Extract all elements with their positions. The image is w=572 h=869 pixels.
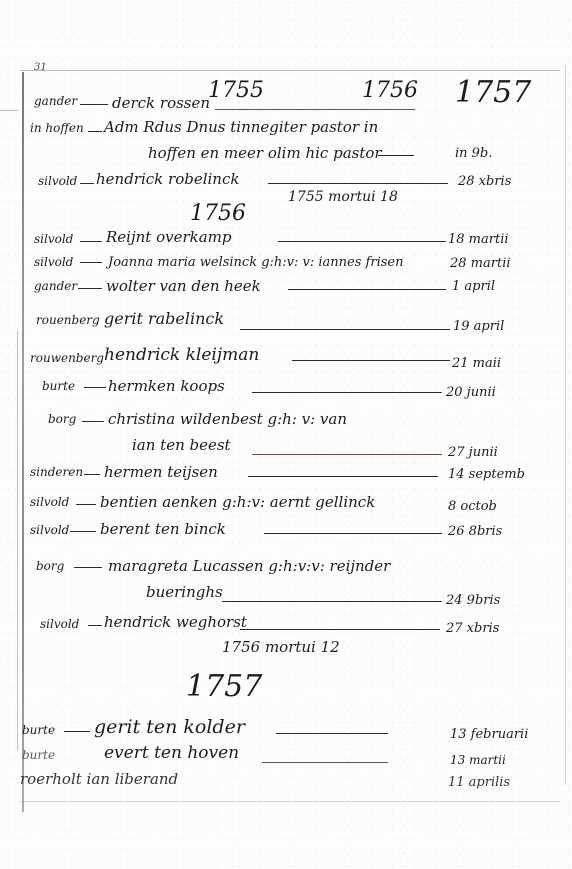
entry-place: burte	[22, 724, 55, 736]
year-heading-1756: 1756	[190, 203, 246, 225]
summary-1755: 1755 mortui 18	[288, 190, 398, 204]
left-margin-rule	[22, 72, 24, 812]
entry-date: 11 aprilis	[448, 776, 510, 789]
year-heading-1757: 1757	[186, 672, 262, 702]
entry-name: gerit ten kolder	[94, 718, 245, 737]
dash	[240, 629, 440, 630]
dash	[64, 731, 90, 732]
entry-place: silvold	[34, 256, 73, 268]
entry-name: Adm Rdus Dnus tinnegiter pastor in	[104, 120, 378, 135]
entry-place: silvold	[34, 233, 73, 245]
entry-place: rouwenberg	[30, 352, 104, 364]
entry-name: hendrick kleijman	[104, 347, 259, 364]
summary-1756: 1756 mortui 12	[222, 640, 340, 655]
entry-date: 13 februarii	[450, 728, 528, 741]
entry-place: borg	[36, 560, 64, 572]
entry-date: 1 april	[452, 280, 495, 293]
dash	[88, 625, 102, 626]
entry-place: gander	[34, 95, 77, 107]
dash	[70, 531, 96, 532]
header-year-1757: 1757	[455, 78, 531, 108]
entry-name-continued: bueringhs	[146, 585, 223, 600]
entry-name: hendrick weghorst	[104, 615, 247, 630]
entry-date: 27 junii	[448, 446, 498, 459]
dash	[82, 421, 104, 422]
entry-date: 20 junii	[446, 386, 496, 399]
entry-name: bentien aenken g:h:v: aernt gellinck	[100, 495, 375, 510]
dash	[74, 567, 102, 568]
scanned-register-page: 31 1755 1756 1757 gander derck rossen in…	[0, 0, 572, 869]
header-year-1755: 1755	[208, 80, 264, 102]
dash	[80, 241, 102, 242]
entry-name: hendrick robelinck	[96, 172, 239, 187]
dash	[240, 329, 450, 330]
entry-date: 8 octob	[448, 500, 497, 513]
entry-name: roerholt ian liberand	[20, 772, 178, 787]
entry-name: evert ten hoven	[104, 745, 239, 762]
dash	[78, 288, 102, 289]
dash	[84, 387, 106, 388]
dash	[80, 104, 108, 105]
right-page-edge	[565, 65, 566, 785]
entry-date: 14 septemb	[448, 468, 525, 481]
entry-place: silvold	[30, 524, 69, 536]
entry-date: 19 april	[453, 320, 504, 333]
entry-date: 18 martii	[448, 233, 509, 246]
entry-date: 28 martii	[450, 257, 511, 270]
dash	[248, 476, 438, 477]
entry-place: burte	[42, 380, 75, 392]
entry-place: silvold	[40, 618, 79, 630]
entry-name-continued: ian ten beest	[132, 438, 231, 453]
dash	[88, 131, 102, 132]
entry-name-continued: hoffen en meer olim hic pastor	[148, 146, 382, 161]
entry-date: 13 martii	[450, 754, 506, 766]
entry-place: in hoffen	[30, 122, 84, 134]
dash	[378, 155, 414, 156]
dash	[288, 289, 446, 290]
dash	[222, 601, 442, 602]
entry-place: sinderen	[30, 466, 83, 478]
dash	[278, 241, 446, 242]
entry-date: 26 8bris	[448, 525, 502, 538]
entry-place: silvold	[30, 496, 69, 508]
entry-name: gerit rabelinck	[104, 311, 224, 327]
entry-date: 28 xbris	[458, 175, 511, 188]
entry-date: 24 9bris	[446, 594, 500, 607]
entry-name: christina wildenbest g:h: v: van	[108, 412, 347, 427]
dash	[264, 533, 442, 534]
dash	[252, 454, 442, 455]
dash	[292, 360, 450, 361]
page-number: 31	[34, 62, 47, 73]
header-year-1756: 1756	[362, 80, 418, 102]
dash	[262, 762, 388, 763]
left-strip-divider	[0, 90, 18, 111]
entry-name: hermen teijsen	[104, 465, 218, 480]
entry-name: derck rossen	[112, 96, 210, 111]
entry-name: maragreta Lucassen g:h:v:v: reijnder	[108, 559, 390, 574]
dash	[252, 392, 442, 393]
dash	[268, 183, 448, 184]
dash	[80, 183, 94, 184]
entry-date: in 9b.	[455, 147, 492, 160]
entry-place: rouenberg	[36, 314, 100, 326]
entry-date: 21 maii	[452, 357, 501, 370]
entry-date: 27 xbris	[446, 622, 499, 635]
entry-name: hermken koops	[108, 379, 225, 394]
left-margin-rule-inner	[17, 330, 18, 750]
entry-name: berent ten binck	[100, 522, 226, 537]
entry-name: Joanna maria welsinck g:h:v: v: iannes f…	[108, 256, 403, 269]
dash	[84, 474, 100, 475]
dash	[80, 262, 102, 263]
underline	[215, 109, 415, 110]
entry-place: burte	[22, 749, 55, 761]
entry-name: Reijnt overkamp	[106, 230, 232, 245]
entry-name: wolter van den heek	[106, 279, 261, 294]
entry-place: gander	[34, 280, 77, 292]
entry-place: silvold	[38, 175, 77, 187]
dash	[276, 733, 388, 734]
entry-place: borg	[48, 413, 76, 425]
dash	[76, 504, 96, 505]
